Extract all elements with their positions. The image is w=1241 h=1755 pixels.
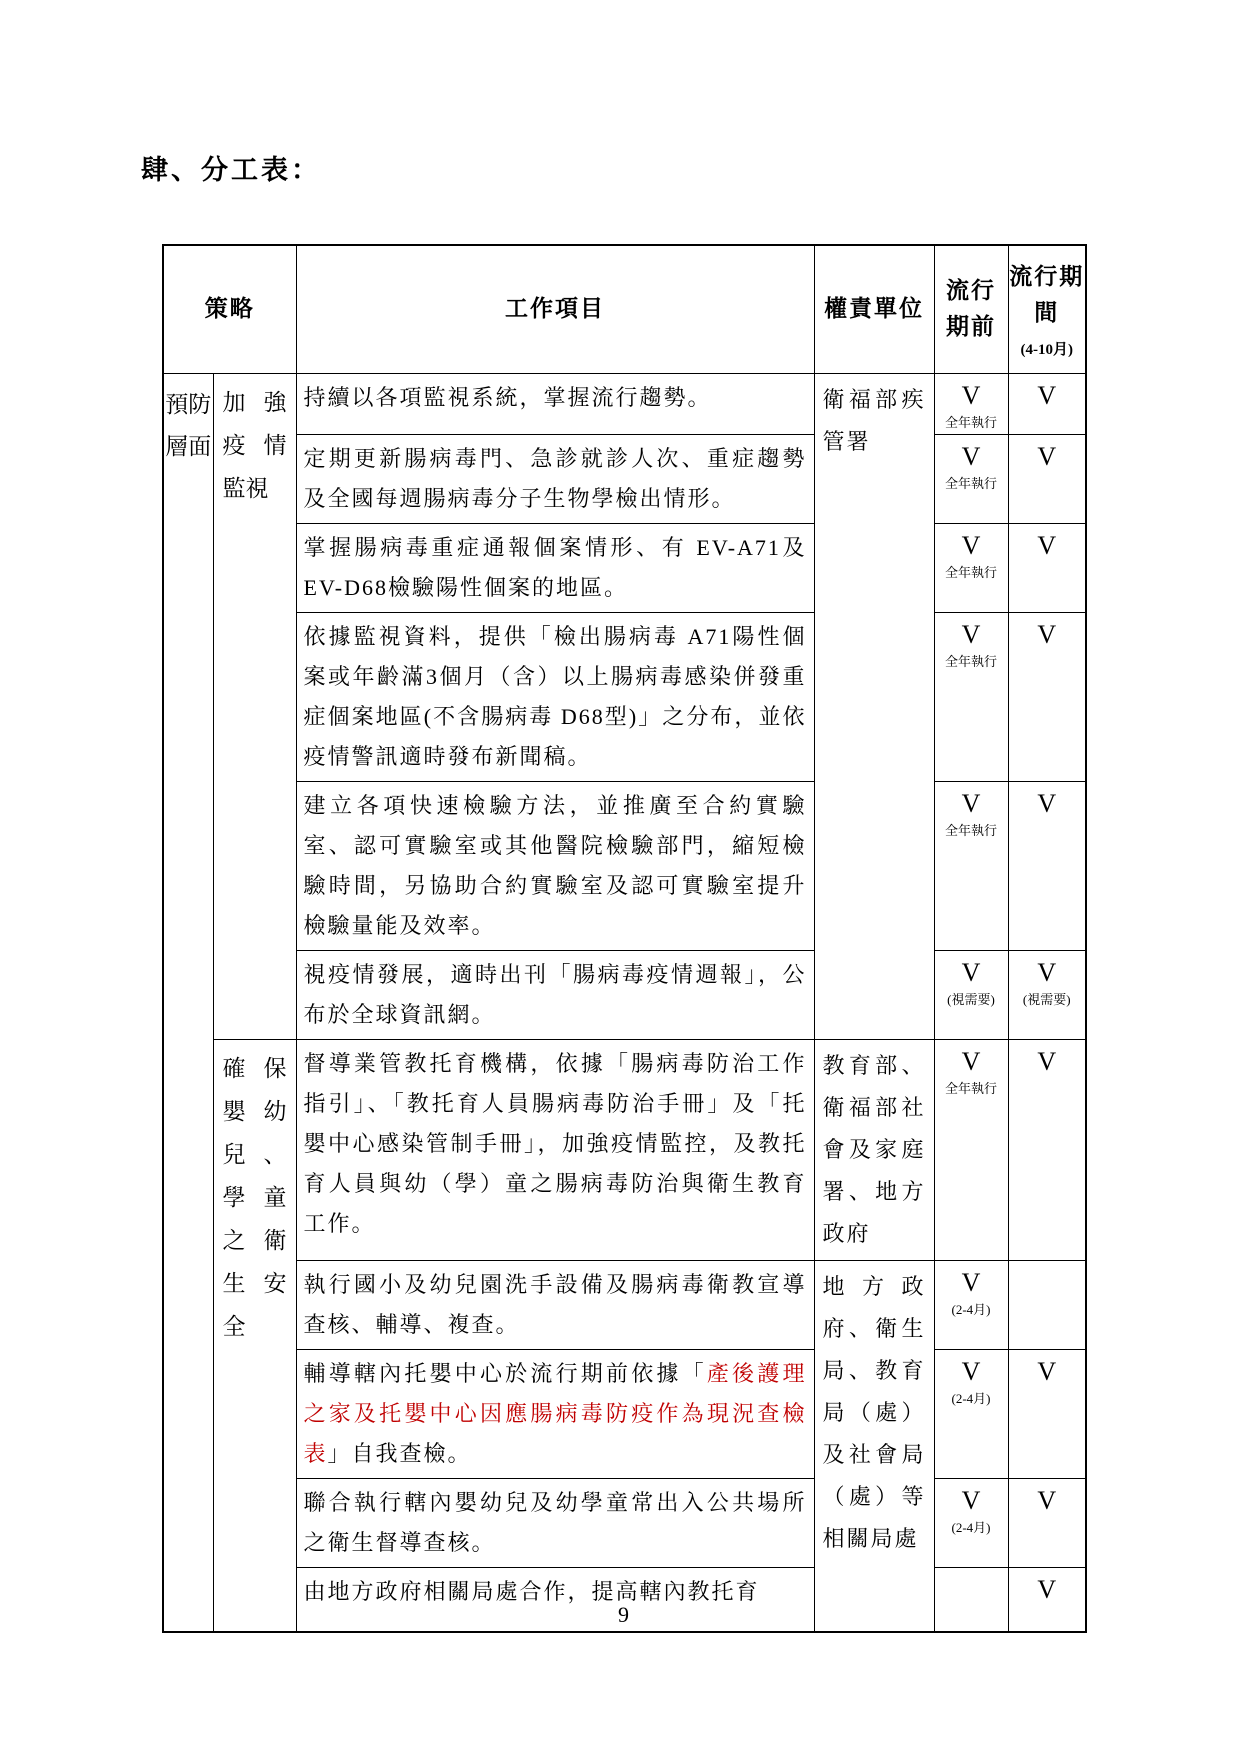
check-mark-note: 全年執行: [935, 564, 1008, 581]
check-mark: V: [1009, 620, 1086, 650]
work-item-cell: 持續以各項監視系統，掌握流行趨勢。: [296, 373, 814, 434]
check-mark-note: (2-4月): [935, 1301, 1008, 1318]
check-mark: V: [935, 620, 1008, 650]
division-of-labor-table: 策略 工作項目 權責單位 流行期前 流行期間 (4-10月) 預防層面 加強疫情…: [162, 244, 1087, 1633]
pre-epidemic-mark-cell: V (視需要): [934, 950, 1008, 1039]
work-item-cell: 建立各項快速檢驗方法，並推廣至合約實驗室、認可實驗室或其他醫院檢驗部門，縮短檢驗…: [296, 781, 814, 950]
check-mark-note: 全年執行: [935, 414, 1008, 431]
during-epidemic-mark-cell: V: [1008, 781, 1086, 950]
table-row: 定期更新腸病毒門、急診就診人次、重症趨勢及全國每週腸病毒分子生物學檢出情形。 V…: [163, 434, 1086, 523]
check-mark: V: [1009, 1357, 1086, 1387]
pre-epidemic-mark-cell: V (2-4月): [934, 1349, 1008, 1478]
check-mark: V: [935, 1047, 1008, 1077]
check-mark: V: [1009, 531, 1086, 561]
table-row: 聯合執行轄內嬰幼兒及幼學童常出入公共場所之衛生督導查核。 V (2-4月) V: [163, 1478, 1086, 1567]
pre-epidemic-mark-cell: V 全年執行: [934, 1039, 1008, 1260]
during-epidemic-mark-cell: V: [1008, 373, 1086, 434]
table-row: 執行國小及幼兒園洗手設備及腸病毒衛教宣導查核、輔導、複查。 地方政府、衛生局、教…: [163, 1260, 1086, 1349]
table-row: 預防層面 加強疫情監視 持續以各項監視系統，掌握流行趨勢。 衛福部疾管署 V 全…: [163, 373, 1086, 434]
table-header-row: 策略 工作項目 權責單位 流行期前 流行期間 (4-10月): [163, 245, 1086, 373]
table-row: 掌握腸病毒重症通報個案情形、有 EV-A71及 EV-D68檢驗陽性個案的地區。…: [163, 523, 1086, 612]
during-epidemic-mark-cell: V: [1008, 523, 1086, 612]
work-item-cell: 輔導轄內托嬰中心於流行期前依據「產後護理之家及托嬰中心因應腸病毒防疫作為現況查檢…: [296, 1349, 814, 1478]
pre-epidemic-mark-cell: V (2-4月): [934, 1478, 1008, 1567]
during-epidemic-mark-cell: V: [1008, 1478, 1086, 1567]
during-epidemic-mark-cell: V: [1008, 434, 1086, 523]
table-row: 輔導轄內托嬰中心於流行期前依據「產後護理之家及托嬰中心因應腸病毒防疫作為現況查檢…: [163, 1349, 1086, 1478]
check-mark: V: [1009, 958, 1086, 988]
pre-epidemic-mark-cell: V 全年執行: [934, 373, 1008, 434]
check-mark-note: 全年執行: [935, 1080, 1008, 1097]
check-mark-note: (視需要): [935, 991, 1008, 1008]
pre-epidemic-mark-cell: V (2-4月): [934, 1260, 1008, 1349]
check-mark: V: [935, 1486, 1008, 1516]
header-during-epidemic: 流行期間 (4-10月): [1008, 245, 1086, 373]
check-mark: V: [935, 958, 1008, 988]
responsible-unit-cell: 教育部、衛福部社會及家庭署、地方政府: [814, 1039, 934, 1260]
check-mark: V: [1009, 1575, 1086, 1605]
work-item-cell: 定期更新腸病毒門、急診就診人次、重症趨勢及全國每週腸病毒分子生物學檢出情形。: [296, 434, 814, 523]
during-epidemic-mark-cell: V: [1008, 612, 1086, 781]
during-epidemic-mark-cell: [1008, 1260, 1086, 1349]
check-mark: V: [935, 1268, 1008, 1298]
work-item-cell: 掌握腸病毒重症通報個案情形、有 EV-A71及 EV-D68檢驗陽性個案的地區。: [296, 523, 814, 612]
responsible-unit-cell: 地方政府、衛生局、教育局（處）及社會局（處）等相關局處: [814, 1260, 934, 1632]
table-row: 確保嬰幼兒、學童之衛生安全 督導業管教托育機構，依據「腸病毒防治工作指引」、「教…: [163, 1039, 1086, 1260]
check-mark: V: [935, 531, 1008, 561]
work-item-cell: 依據監視資料，提供「檢出腸病毒 A71陽性個案或年齡滿3個月（含）以上腸病毒感染…: [296, 612, 814, 781]
header-during-epidemic-label: 流行期間: [1009, 259, 1086, 331]
check-mark-note: (2-4月): [935, 1519, 1008, 1536]
during-epidemic-mark-cell: V: [1008, 1349, 1086, 1478]
header-pre-epidemic: 流行期前: [934, 245, 1008, 373]
check-mark-note: (2-4月): [935, 1390, 1008, 1407]
check-mark-note: 全年執行: [935, 822, 1008, 839]
check-mark: V: [1009, 381, 1086, 411]
responsible-unit-cell: 衛福部疾管署: [814, 373, 934, 1039]
table-row: 建立各項快速檢驗方法，並推廣至合約實驗室、認可實驗室或其他醫院檢驗部門，縮短檢驗…: [163, 781, 1086, 950]
page-number: 9: [162, 1602, 1085, 1628]
work-item-cell: 執行國小及幼兒園洗手設備及腸病毒衛教宣導查核、輔導、複查。: [296, 1260, 814, 1349]
check-mark: V: [1009, 1486, 1086, 1516]
strategy-layer-cell: 預防層面: [163, 373, 213, 1632]
header-during-epidemic-note: (4-10月): [1009, 341, 1086, 359]
strategy-cell: 確保嬰幼兒、學童之衛生安全: [213, 1039, 296, 1632]
header-responsible-unit: 權責單位: [814, 245, 934, 373]
work-item-cell: 視疫情發展，適時出刊「腸病毒疫情週報」，公布於全球資訊網。: [296, 950, 814, 1039]
check-mark-note: (視需要): [1009, 991, 1086, 1008]
table-row: 視疫情發展，適時出刊「腸病毒疫情週報」，公布於全球資訊網。 V (視需要) V …: [163, 950, 1086, 1039]
during-epidemic-mark-cell: V (視需要): [1008, 950, 1086, 1039]
table-row: 依據監視資料，提供「檢出腸病毒 A71陽性個案或年齡滿3個月（含）以上腸病毒感染…: [163, 612, 1086, 781]
pre-epidemic-mark-cell: V 全年執行: [934, 434, 1008, 523]
check-mark: V: [935, 442, 1008, 472]
work-item-text: 輔導轄內托嬰中心於流行期前依據「: [304, 1361, 707, 1386]
pre-epidemic-mark-cell: V 全年執行: [934, 781, 1008, 950]
check-mark: V: [935, 789, 1008, 819]
header-strategy: 策略: [163, 245, 296, 373]
work-item-cell: 督導業管教托育機構，依據「腸病毒防治工作指引」、「教托育人員腸病毒防治手冊」及「…: [296, 1039, 814, 1260]
check-mark: V: [1009, 442, 1086, 472]
during-epidemic-mark-cell: V: [1008, 1039, 1086, 1260]
check-mark: V: [1009, 1047, 1086, 1077]
check-mark: V: [935, 1357, 1008, 1387]
check-mark: V: [1009, 789, 1086, 819]
pre-epidemic-mark-cell: V 全年執行: [934, 523, 1008, 612]
pre-epidemic-mark-cell: V 全年執行: [934, 612, 1008, 781]
work-item-cell: 聯合執行轄內嬰幼兒及幼學童常出入公共場所之衛生督導查核。: [296, 1478, 814, 1567]
check-mark: V: [935, 381, 1008, 411]
header-work-item: 工作項目: [296, 245, 814, 373]
check-mark-note: 全年執行: [935, 653, 1008, 670]
check-mark-note: 全年執行: [935, 475, 1008, 492]
section-title: 肆、分工表：: [141, 148, 321, 187]
work-item-text: 」自我查檢。: [328, 1441, 472, 1466]
strategy-cell: 加強疫情監視: [213, 373, 296, 1039]
